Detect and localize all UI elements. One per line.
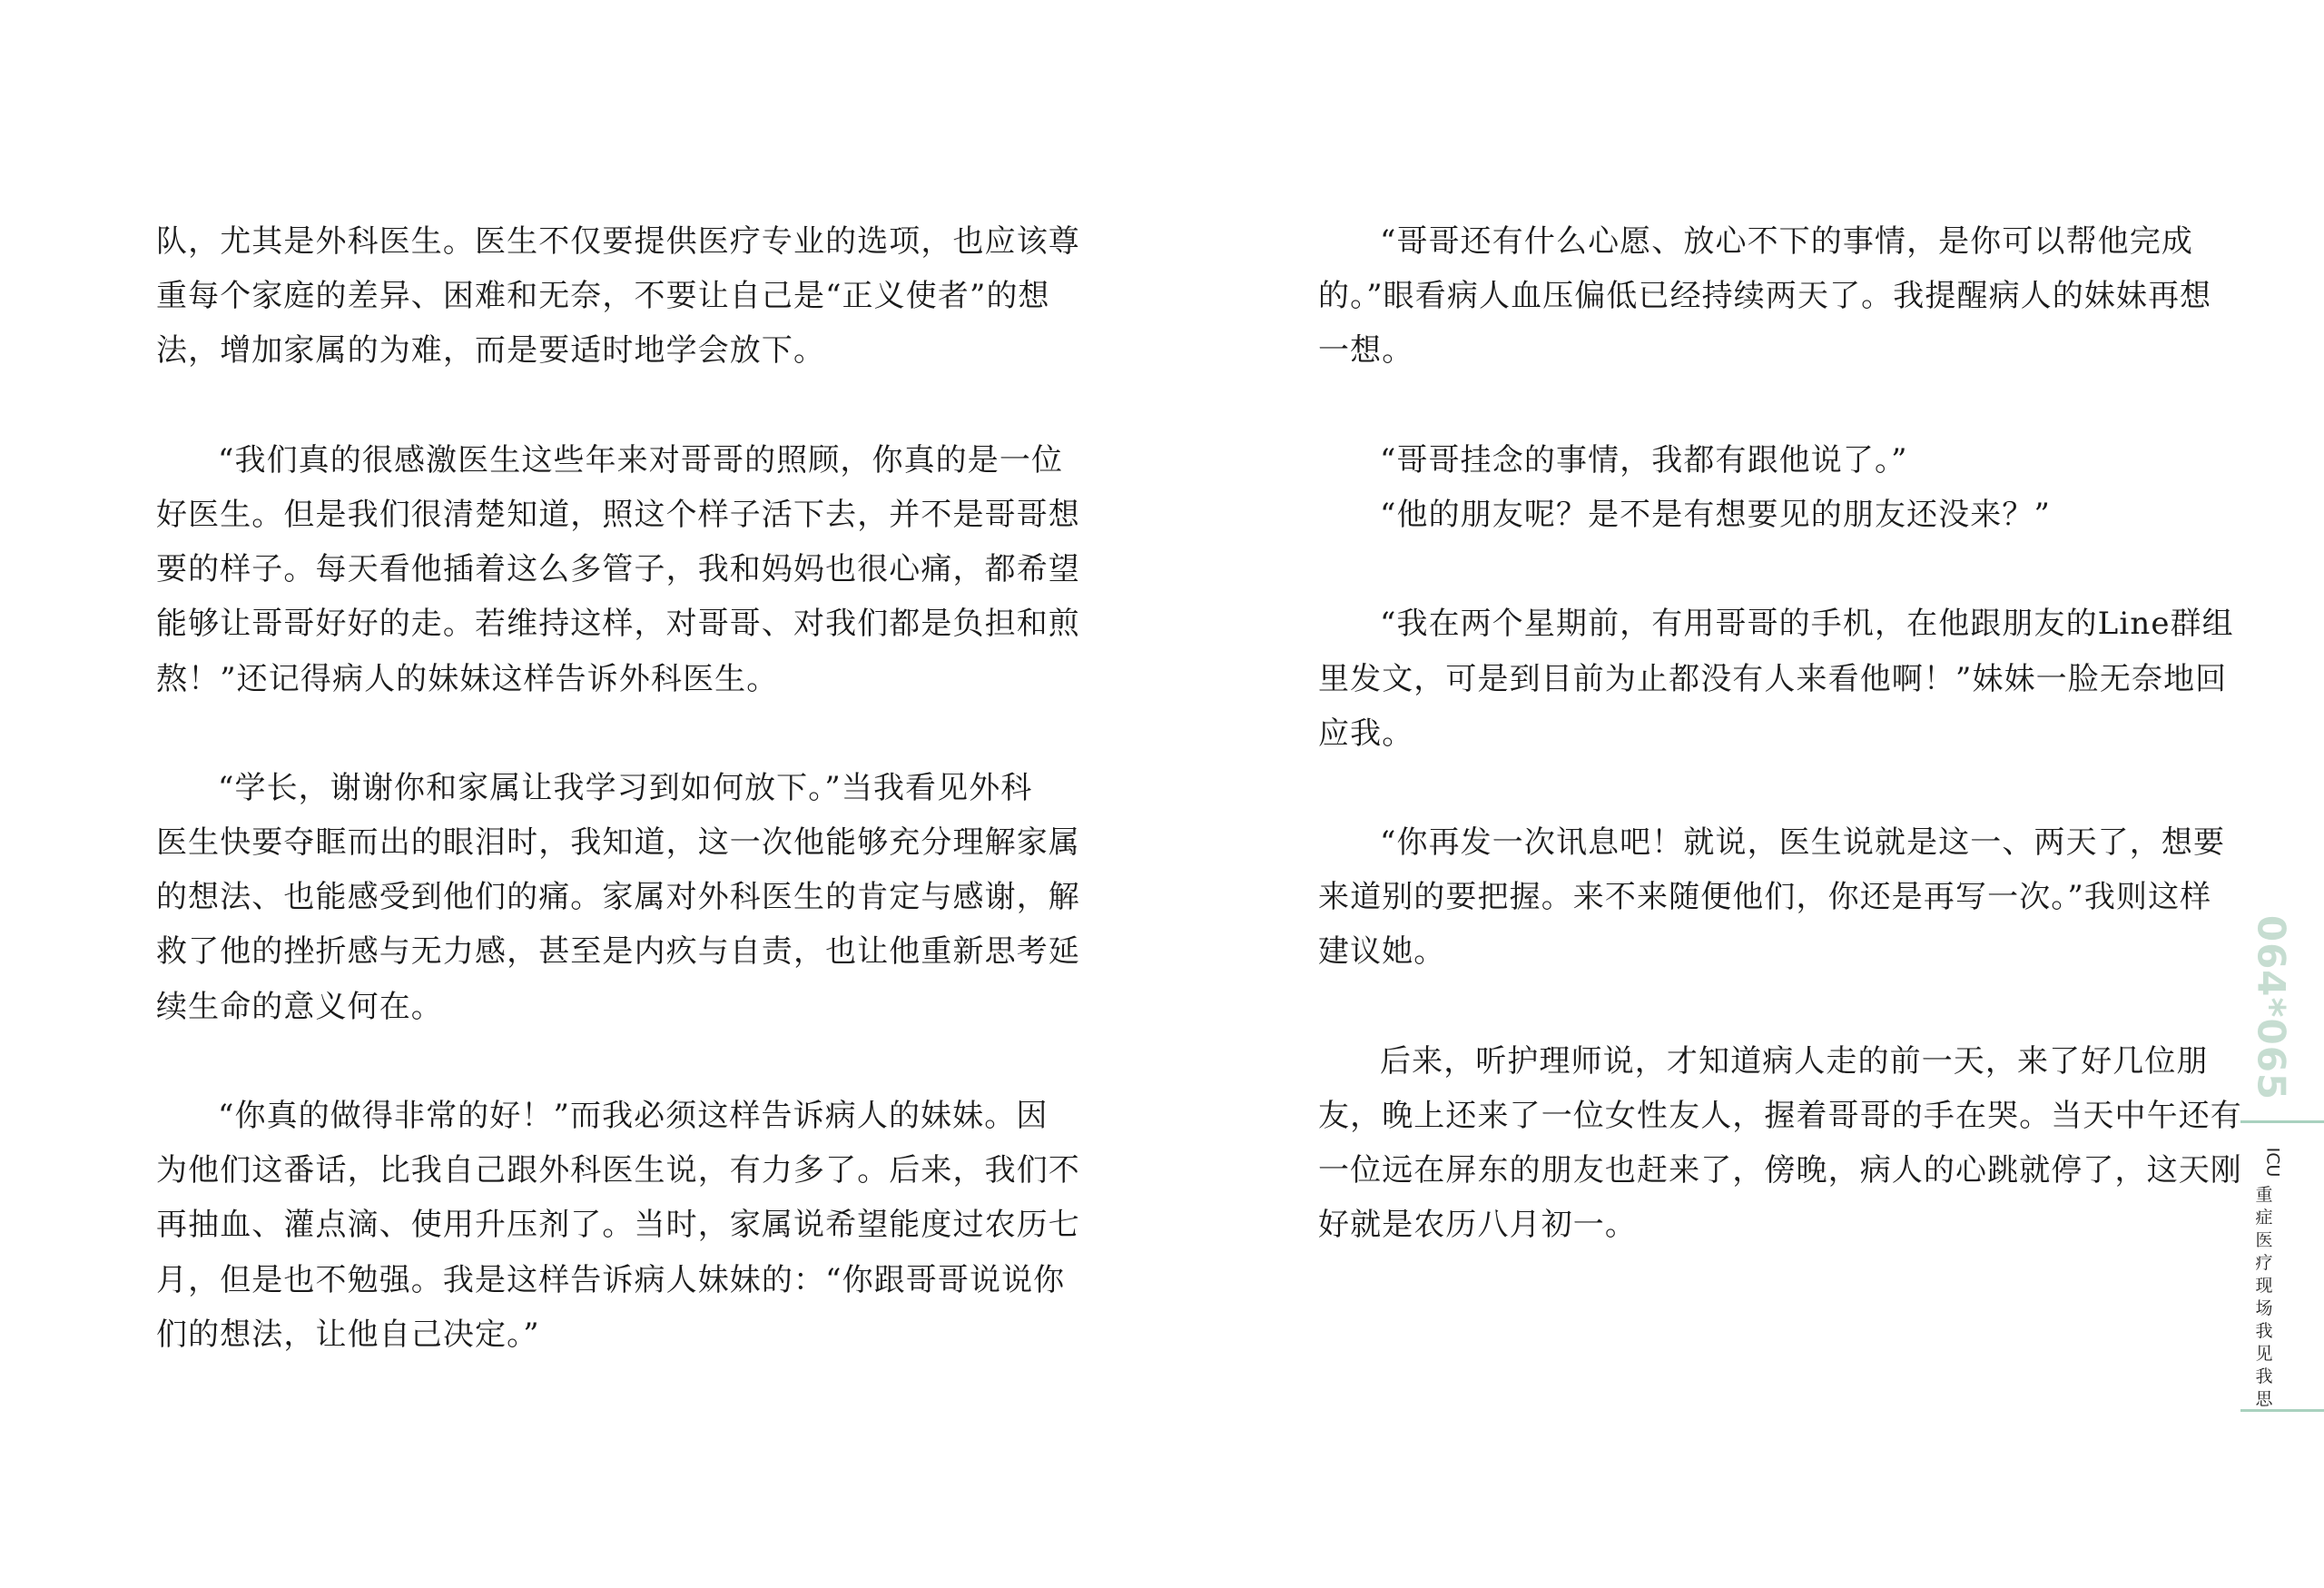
paragraph: “学长，谢谢你和家属让我学习到如何放下。”当我看见外科 医生快要夺眶而出的眼泪时… bbox=[156, 761, 1006, 1034]
text-line: “哥哥挂念的事情，我都有跟他说了。” bbox=[1318, 433, 2168, 488]
running-title-char: 我 bbox=[2255, 1366, 2272, 1388]
paragraph-gap bbox=[1318, 980, 2168, 1034]
text-line: “我在两个星期前，有用哥哥的手机，在他跟朋友的Line群组 bbox=[1318, 597, 2168, 651]
text-line: 为他们这番话，比我自己跟外科医生说，有力多了。后来，我们不 bbox=[156, 1143, 1006, 1198]
text-line: 一想。 bbox=[1318, 323, 2168, 378]
text-line: 熬！”还记得病人的妹妹这样告诉外科医生。 bbox=[156, 652, 1006, 706]
text-line: 建议她。 bbox=[1318, 924, 2168, 979]
paragraph-gap bbox=[1318, 379, 2168, 433]
text-line: “你真的做得非常的好！”而我必须这样告诉病人的妹妹。因 bbox=[156, 1089, 1006, 1143]
running-title-char: 我 bbox=[2255, 1320, 2272, 1343]
running-title-char: 医 bbox=[2255, 1229, 2272, 1252]
paragraph-gap bbox=[156, 1034, 1006, 1089]
divider-rule bbox=[2240, 1120, 2324, 1123]
text-line: “哥哥还有什么心愿、放心不下的事情，是你可以帮他完成 bbox=[1318, 214, 2168, 269]
paragraph: “他的朋友呢？是不是有想要见的朋友还没来？” bbox=[1318, 488, 2168, 542]
running-title-char: 场 bbox=[2255, 1297, 2272, 1320]
left-page: 队，尤其是外科医生。医生不仅要提供医疗专业的选项，也应该尊 重每个家庭的差异、困… bbox=[0, 0, 1162, 1588]
text-line: 救了他的挫折感与无力感，甚至是内疚与自责，也让他重新思考延 bbox=[156, 924, 1006, 979]
text-line: 队，尤其是外科医生。医生不仅要提供医疗专业的选项，也应该尊 bbox=[156, 214, 1006, 269]
paragraph: “哥哥挂念的事情，我都有跟他说了。” bbox=[1318, 433, 2168, 488]
running-title-latin: ICU bbox=[2246, 1148, 2282, 1178]
text-line: 要的样子。每天看他插着这么多管子，我和妈妈也很心痛，都希望 bbox=[156, 542, 1006, 597]
text-line: 来道别的要把握。来不来随便他们，你还是再写一次。”我则这样 bbox=[1318, 870, 2168, 924]
text-line: 一位远在屏东的朋友也赶来了，傍晚，病人的心跳就停了，这天刚 bbox=[1318, 1143, 2168, 1198]
text-line: “他的朋友呢？是不是有想要见的朋友还没来？” bbox=[1318, 488, 2168, 542]
paragraph: “你再发一次讯息吧！就说，医生说就是这一、两天了，想要 来道别的要把握。来不来随… bbox=[1318, 815, 2168, 980]
text-line: “你再发一次讯息吧！就说，医生说就是这一、两天了，想要 bbox=[1318, 815, 2168, 870]
text-line: 友，晚上还来了一位女性友人，握着哥哥的手在哭。当天中午还有 bbox=[1318, 1089, 2168, 1143]
text-line: 应我。 bbox=[1318, 706, 2168, 761]
page-numbers: 064*065 bbox=[2250, 915, 2294, 1100]
right-page: “哥哥还有什么心愿、放心不下的事情，是你可以帮他完成 的。”眼看病人血压偏低已经… bbox=[1162, 0, 2324, 1588]
text-line: 能够让哥哥好好的走。若维持这样，对哥哥、对我们都是负担和煎 bbox=[156, 597, 1006, 651]
text-line: “我们真的很感激医生这些年来对哥哥的照顾，你真的是一位 bbox=[156, 433, 1006, 488]
left-text-column: 队，尤其是外科医生。医生不仅要提供医疗专业的选项，也应该尊 重每个家庭的差异、困… bbox=[156, 214, 1006, 1362]
right-text-column: “哥哥还有什么心愿、放心不下的事情，是你可以帮他完成 的。”眼看病人血压偏低已经… bbox=[1318, 214, 2168, 1253]
text-line: 重每个家庭的差异、困难和无奈，不要让自己是“正义使者”的想 bbox=[156, 269, 1006, 323]
running-title: ICU 重 症 医 疗 现 场 我 见 我 思 bbox=[2246, 1137, 2282, 1411]
running-title-char: 思 bbox=[2255, 1388, 2272, 1411]
text-line: 医生快要夺眶而出的眼泪时，我知道，这一次他能够充分理解家属 bbox=[156, 815, 1006, 870]
running-title-char: 见 bbox=[2255, 1343, 2272, 1366]
text-line: 们的想法，让他自己决定。” bbox=[156, 1307, 1006, 1362]
paragraph: 队，尤其是外科医生。医生不仅要提供医疗专业的选项，也应该尊 重每个家庭的差异、困… bbox=[156, 214, 1006, 379]
paragraph: 后来，听护理师说，才知道病人走的前一天，来了好几位朋 友，晚上还来了一位女性友人… bbox=[1318, 1034, 2168, 1253]
text-line: “学长，谢谢你和家属让我学习到如何放下。”当我看见外科 bbox=[156, 761, 1006, 815]
text-line: 续生命的意义何在。 bbox=[156, 980, 1006, 1034]
text-line: 好就是农历八月初一。 bbox=[1318, 1198, 2168, 1252]
text-line: 里发文，可是到目前为止都没有人来看他啊！”妹妹一脸无奈地回 bbox=[1318, 652, 2168, 706]
paragraph: “我们真的很感激医生这些年来对哥哥的照顾，你真的是一位 好医生。但是我们很清楚知… bbox=[156, 433, 1006, 706]
divider-rule bbox=[2240, 1409, 2324, 1412]
running-title-char: 疗 bbox=[2255, 1252, 2272, 1275]
paragraph-gap bbox=[1318, 542, 2168, 597]
text-line: 的想法、也能感受到他们的痛。家属对外科医生的肯定与感谢，解 bbox=[156, 870, 1006, 924]
paragraph: “哥哥还有什么心愿、放心不下的事情，是你可以帮他完成 的。”眼看病人血压偏低已经… bbox=[1318, 214, 2168, 379]
text-line: 好医生。但是我们很清楚知道，照这个样子活下去，并不是哥哥想 bbox=[156, 488, 1006, 542]
text-line: 后来，听护理师说，才知道病人走的前一天，来了好几位朋 bbox=[1318, 1034, 2168, 1089]
running-title-char: 重 bbox=[2255, 1184, 2272, 1207]
running-title-char: 症 bbox=[2255, 1207, 2272, 1229]
paragraph-gap bbox=[1318, 761, 2168, 815]
page-number-folio: 064*065 bbox=[2244, 908, 2299, 1108]
paragraph: “我在两个星期前，有用哥哥的手机，在他跟朋友的Line群组 里发文，可是到目前为… bbox=[1318, 597, 2168, 761]
paragraph-gap bbox=[156, 706, 1006, 761]
text-line: 再抽血、灌点滴、使用升压剂了。当时，家属说希望能度过农历七 bbox=[156, 1198, 1006, 1252]
running-title-char: 现 bbox=[2255, 1275, 2272, 1297]
paragraph-gap bbox=[156, 379, 1006, 433]
text-line: 法，增加家属的为难，而是要适时地学会放下。 bbox=[156, 323, 1006, 378]
paragraph: “你真的做得非常的好！”而我必须这样告诉病人的妹妹。因 为他们这番话，比我自己跟… bbox=[156, 1089, 1006, 1362]
text-line: 月，但是也不勉强。我是这样告诉病人妹妹的：“你跟哥哥说说你 bbox=[156, 1253, 1006, 1307]
text-line: 的。”眼看病人血压偏低已经持续两天了。我提醒病人的妹妹再想 bbox=[1318, 269, 2168, 323]
